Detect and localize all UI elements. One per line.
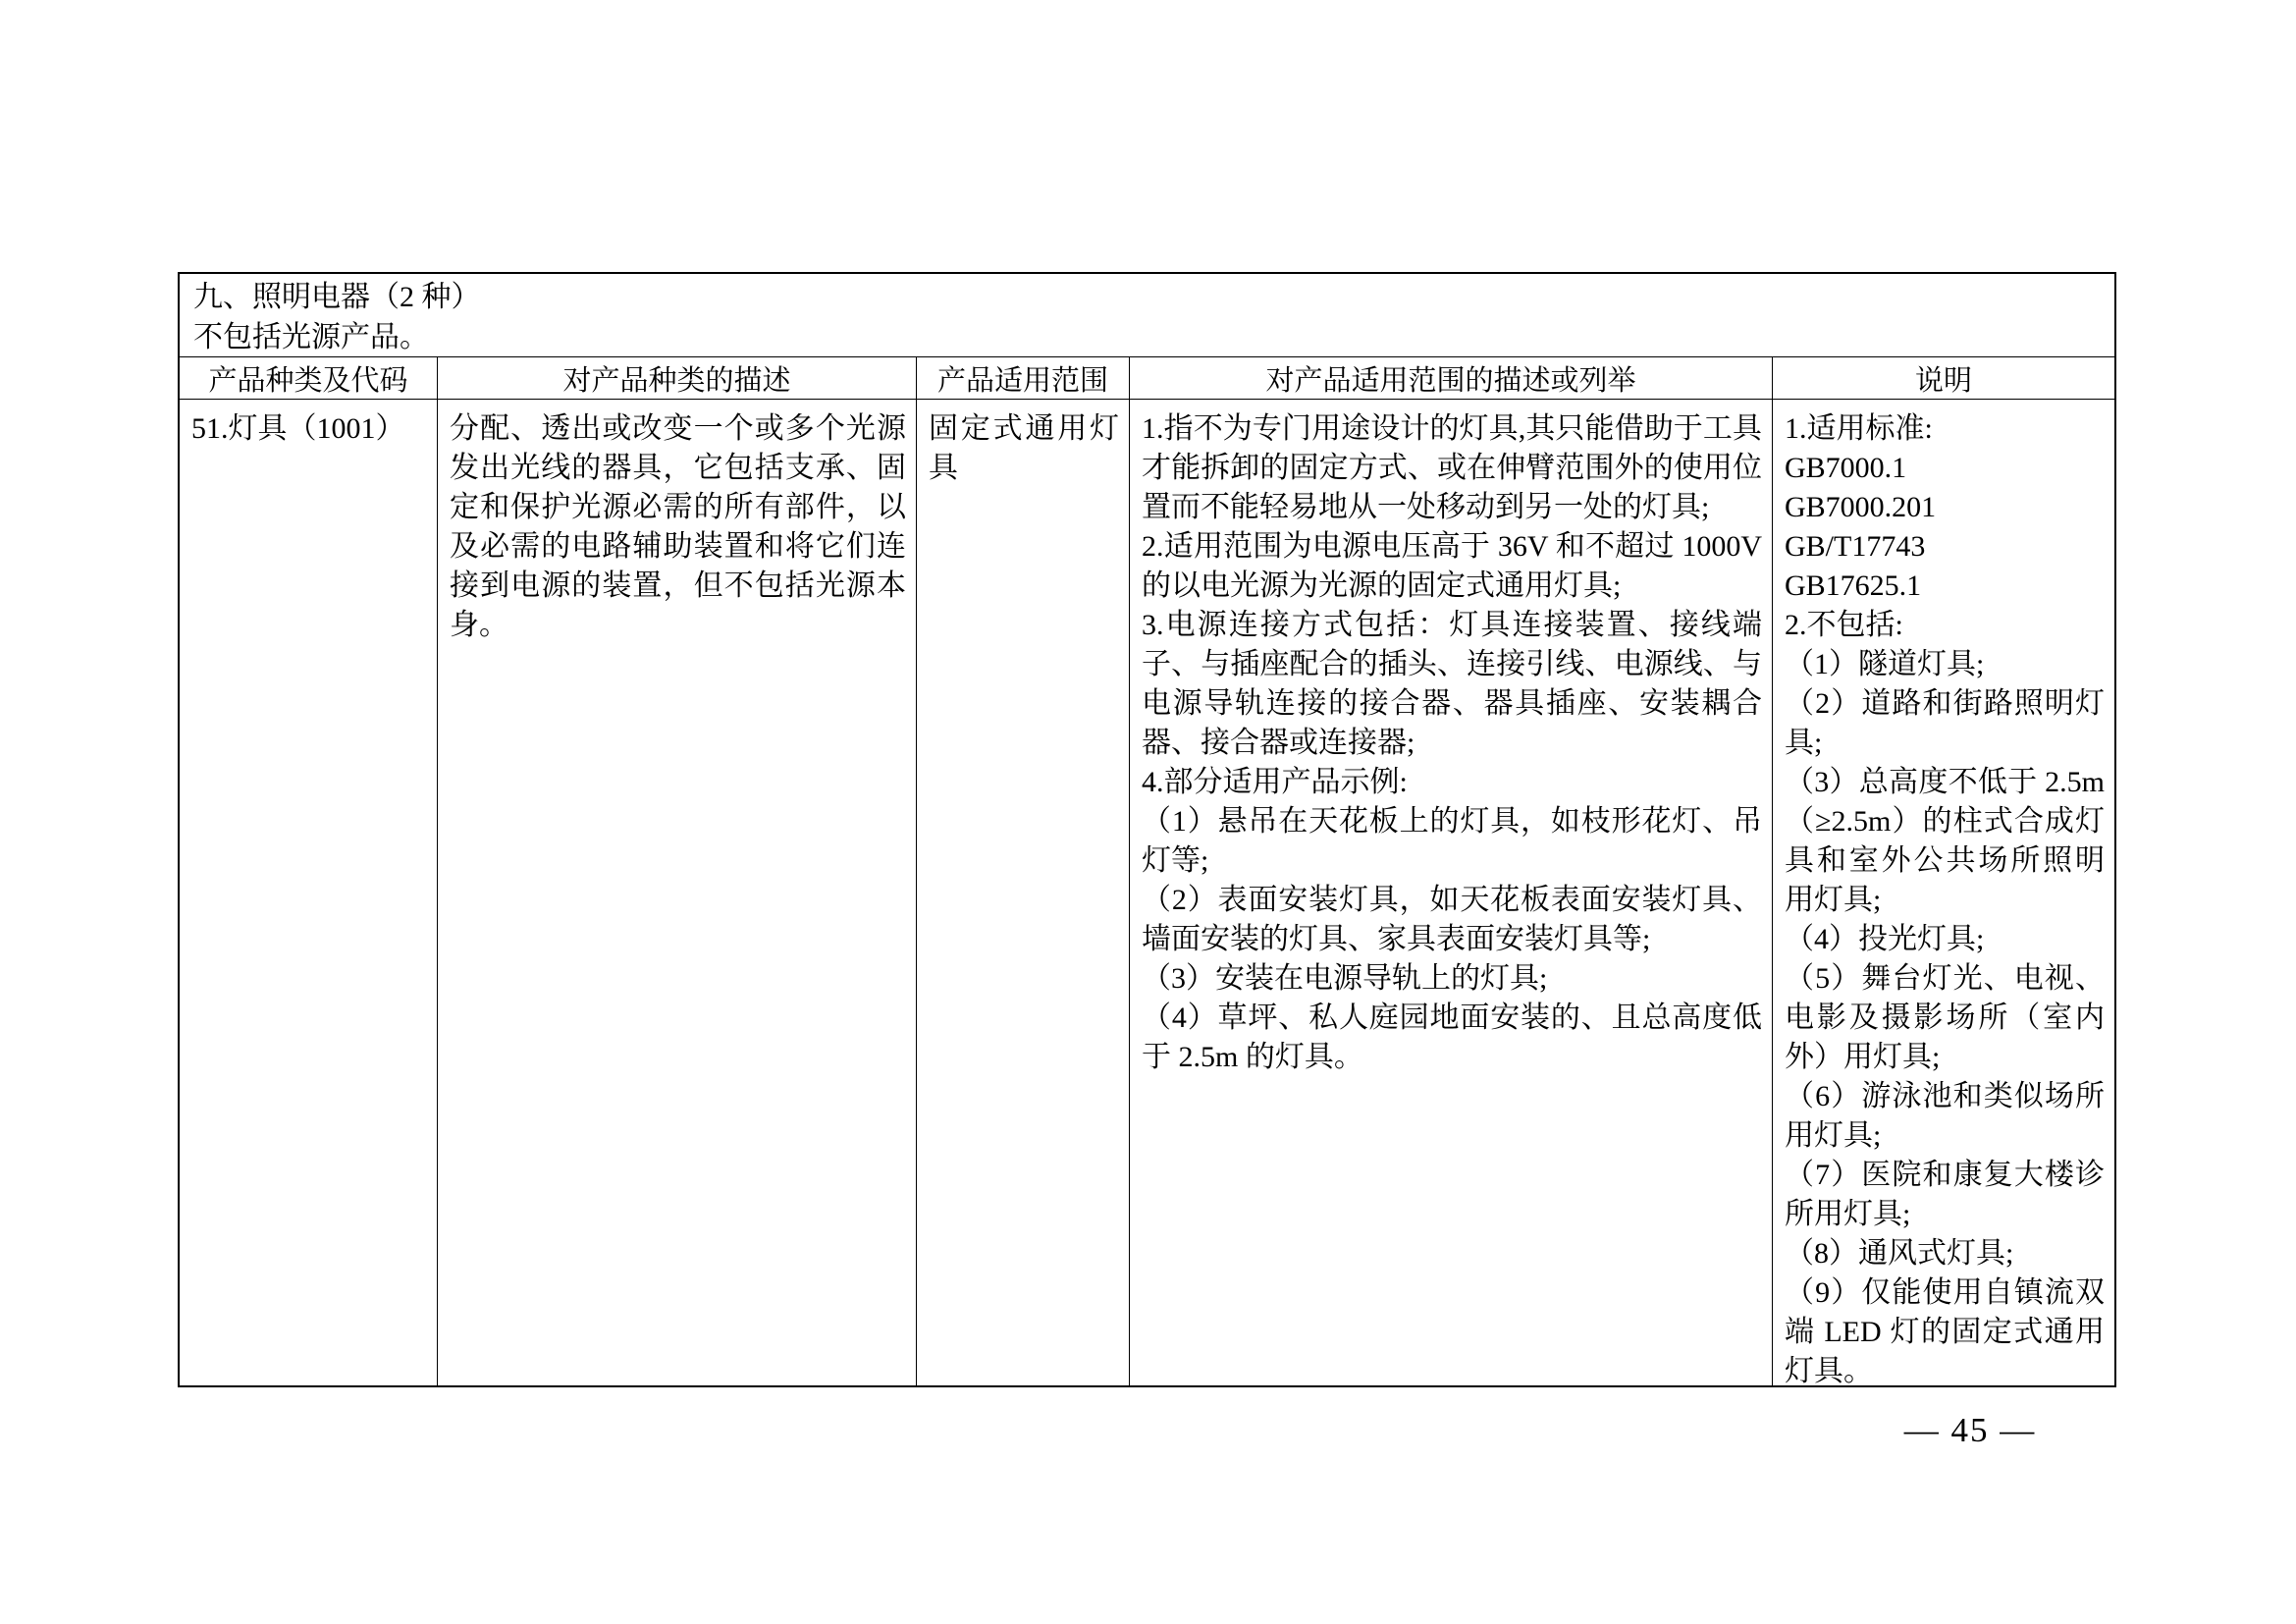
cell-product-code: 51.灯具（1001）	[180, 400, 438, 1385]
page-number: — 45 —	[1852, 1411, 2088, 1450]
section-subtitle: 不包括光源产品。	[193, 317, 2103, 357]
product-code-text: 51.灯具（1001）	[191, 409, 427, 449]
paragraph: （2）道路和街路照明灯具;	[1785, 684, 2105, 763]
paragraph: （1）隧道灯具;	[1785, 645, 2105, 684]
cell-applicable-scope: 固定式通用灯具	[917, 400, 1130, 1385]
paragraph: （1）悬吊在天花板上的灯具，如枝形花灯、吊灯等;	[1142, 802, 1762, 881]
paragraph: 3.电源连接方式包括：灯具连接装置、接线端子、与插座配合的插头、连接引线、电源线…	[1142, 606, 1762, 763]
paragraph: GB17625.1	[1785, 567, 2105, 606]
paragraph: GB7000.1	[1785, 449, 2105, 488]
cell-category-description: 分配、透出或改变一个或多个光源发出光线的器具，它包括支承、固定和保护光源必需的所…	[438, 400, 917, 1385]
paragraph: 2.适用范围为电源电压高于 36V 和不超过 1000V 的以电光源为光源的固定…	[1142, 527, 1762, 606]
cell-notes: 1.适用标准:GB7000.1GB7000.201GB/T17743GB1762…	[1773, 400, 2114, 1385]
table-section-header: 九、照明电器（2 种） 不包括光源产品。	[180, 274, 2114, 357]
column-header-product-category-code: 产品种类及代码	[180, 357, 438, 399]
paragraph: （4）草坪、私人庭园地面安装的、且总高度低于 2.5m 的灯具。	[1142, 999, 1762, 1077]
paragraph: 1.适用标准:	[1785, 409, 2105, 449]
paragraph: （4）投光灯具;	[1785, 920, 2105, 959]
paragraph: （7）医院和康复大楼诊所用灯具;	[1785, 1156, 2105, 1234]
paragraph: GB7000.201	[1785, 488, 2105, 527]
paragraph: 1.指不为专门用途设计的灯具,其只能借助于工具才能拆卸的固定方式、或在伸臂范围外…	[1142, 409, 1762, 527]
document-page: 九、照明电器（2 种） 不包括光源产品。 产品种类及代码 对产品种类的描述 产品…	[0, 0, 2296, 1624]
paragraph: 4.部分适用产品示例:	[1142, 763, 1762, 802]
column-header-scope-description: 对产品适用范围的描述或列举	[1130, 357, 1773, 399]
paragraph: GB/T17743	[1785, 527, 2105, 567]
paragraph: （2）表面安装灯具，如天花板表面安装灯具、墙面安装的灯具、家具表面安装灯具等;	[1142, 881, 1762, 959]
table-header-row: 产品种类及代码 对产品种类的描述 产品适用范围 对产品适用范围的描述或列举 说明	[180, 357, 2114, 400]
product-category-table: 九、照明电器（2 种） 不包括光源产品。 产品种类及代码 对产品种类的描述 产品…	[178, 272, 2116, 1387]
paragraph: （3）总高度不低于 2.5m（≥2.5m）的柱式合成灯具和室外公共场所照明用灯具…	[1785, 763, 2105, 920]
column-header-category-description: 对产品种类的描述	[438, 357, 917, 399]
column-header-notes: 说明	[1773, 357, 2114, 399]
table-row: 51.灯具（1001） 分配、透出或改变一个或多个光源发出光线的器具，它包括支承…	[180, 400, 2114, 1385]
category-description-text: 分配、透出或改变一个或多个光源发出光线的器具，它包括支承、固定和保护光源必需的所…	[450, 409, 906, 645]
applicable-scope-text: 固定式通用灯具	[929, 409, 1119, 488]
section-title: 九、照明电器（2 种）	[193, 277, 2103, 317]
paragraph: （3）安装在电源导轨上的灯具;	[1142, 959, 1762, 999]
paragraph: （6）游泳池和类似场所用灯具;	[1785, 1077, 2105, 1156]
cell-scope-description: 1.指不为专门用途设计的灯具,其只能借助于工具才能拆卸的固定方式、或在伸臂范围外…	[1130, 400, 1773, 1385]
paragraph: 2.不包括:	[1785, 606, 2105, 645]
paragraph: （5）舞台灯光、电视、电影及摄影场所（室内外）用灯具;	[1785, 959, 2105, 1077]
paragraph: （9）仅能使用自镇流双端 LED 灯的固定式通用灯具。	[1785, 1273, 2105, 1385]
column-header-applicable-scope: 产品适用范围	[917, 357, 1130, 399]
paragraph: （8）通风式灯具;	[1785, 1234, 2105, 1273]
